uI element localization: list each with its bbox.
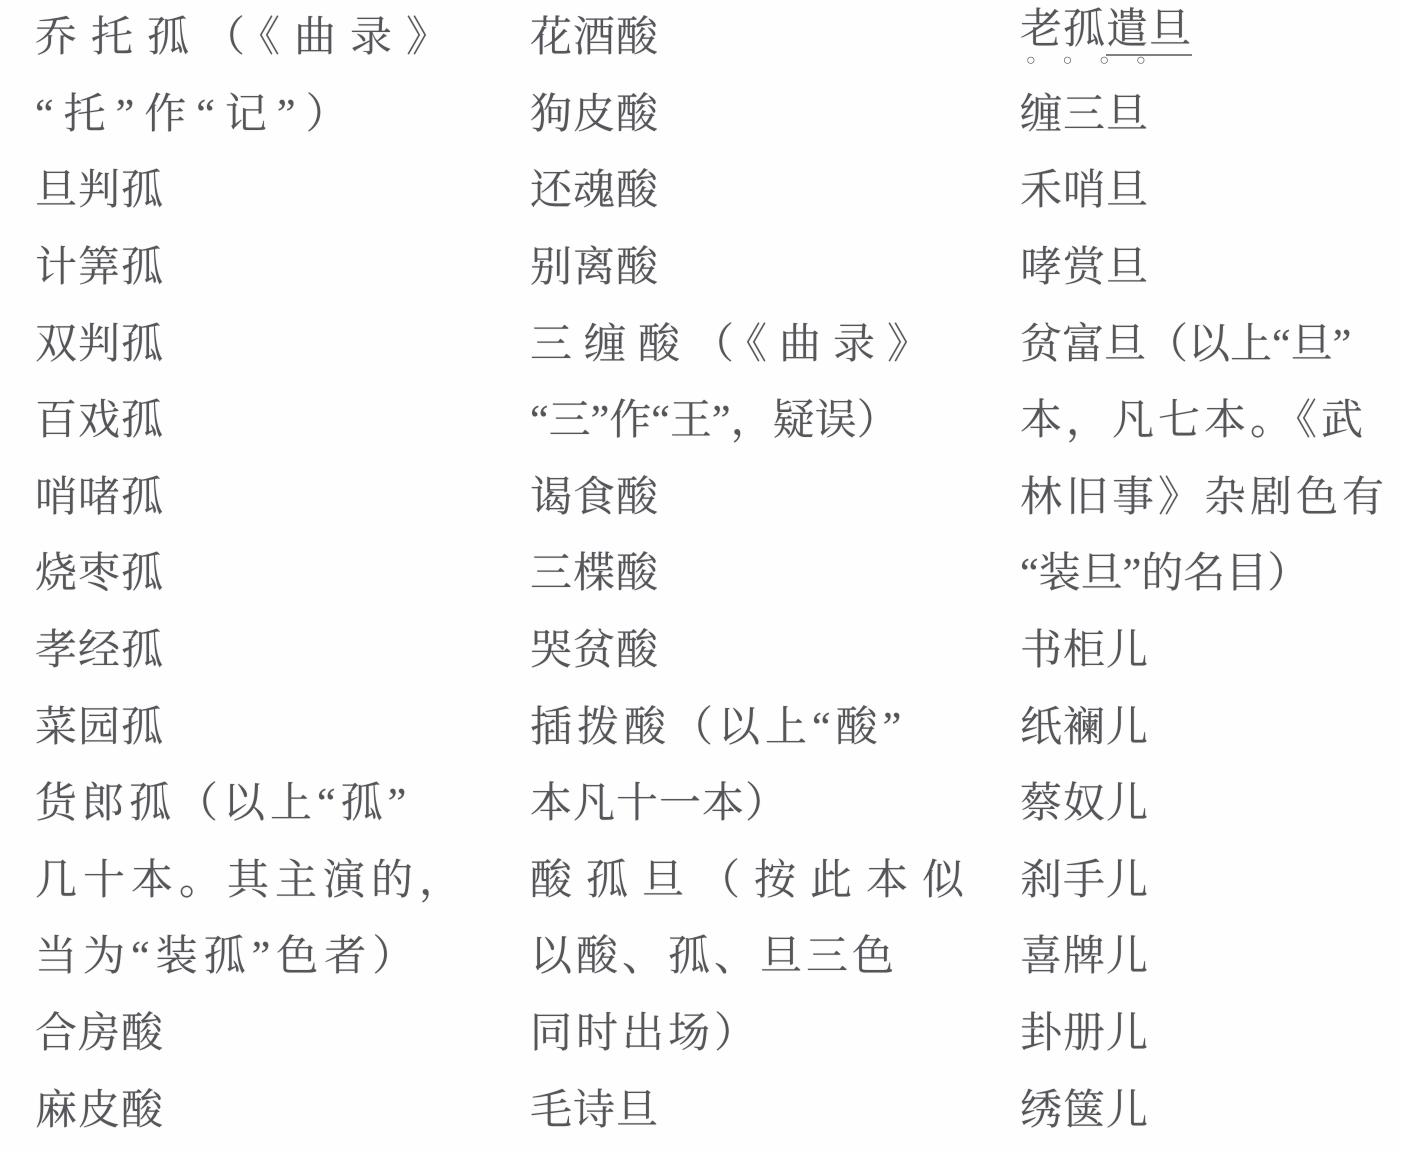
play-title-line: 三楪酸 — [530, 536, 1000, 613]
play-title-line: 纸襕儿 — [1020, 689, 1402, 766]
play-title-line: 合房酸 — [35, 996, 515, 1073]
play-title-line: 狗皮酸 — [530, 77, 1000, 154]
play-title-line: 卦册儿 — [1020, 996, 1402, 1073]
play-title-line: 喜牌儿 — [1020, 919, 1402, 996]
play-title-line: 哭贫酸 — [530, 613, 1000, 690]
play-title-line: 禾哨旦 — [1020, 153, 1402, 230]
play-title-text: 老孤遣旦 — [1020, 7, 1192, 53]
play-title-line: 三缠酸（《曲录》 — [530, 306, 1000, 383]
play-title-line: 别离酸 — [530, 230, 1000, 307]
annotation-line: 几十本。其主演的， — [35, 843, 515, 920]
play-title-line: 麻皮酸 — [35, 1072, 515, 1149]
play-title-line: 毛诗旦 — [530, 1072, 1000, 1149]
play-title-line: 哮赏旦 — [1020, 230, 1402, 307]
annotation-line: “装旦”的名目） — [1020, 536, 1402, 613]
play-title-line: 酸孤旦（按此本似 — [530, 843, 1000, 920]
play-title-line: 刹手儿 — [1020, 843, 1402, 920]
play-title-line: 还魂酸 — [530, 153, 1000, 230]
play-title-line: 绣箧儿 — [1020, 1072, 1402, 1149]
play-title-line: 缠三旦 — [1020, 77, 1402, 154]
play-title-line: 老孤遣旦 ○○○○ — [1020, 0, 1402, 77]
annotation-line: 当为“装孤”色者） — [35, 919, 515, 996]
play-title-line: 双判孤 — [35, 306, 515, 383]
annotation-line: 同时出场） — [530, 996, 1000, 1073]
play-title-line: 计筭孤 — [35, 230, 515, 307]
play-title-line: 哨啫孤 — [35, 460, 515, 537]
play-title-line: 菜园孤 — [35, 689, 515, 766]
annotation-line: 本，凡七本。《武 — [1020, 383, 1402, 460]
play-title-line: 烧枣孤 — [35, 536, 515, 613]
annotation-line: “三”作“王”，疑误） — [530, 383, 1000, 460]
column-dan-plays: 老孤遣旦 ○○○○ 缠三旦 禾哨旦 哮赏旦 贫富旦（以上“旦” 本，凡七本。《武… — [1020, 0, 1402, 1150]
play-title-line: 蔡奴儿 — [1020, 766, 1402, 843]
play-title-line: 谒食酸 — [530, 460, 1000, 537]
annotation-line: 本凡十一本） — [530, 766, 1000, 843]
play-title-line: 贫富旦（以上“旦” — [1020, 306, 1402, 383]
play-title-line: 孝经孤 — [35, 613, 515, 690]
annotation-line: 林旧事》杂剧色有 — [1020, 460, 1402, 537]
column-suan-plays: 花酒酸 狗皮酸 还魂酸 别离酸 三缠酸（《曲录》 “三”作“王”，疑误） 谒食酸… — [530, 0, 1000, 1150]
play-title-line: “托”作“记”） — [35, 77, 515, 154]
play-title-line: 旦判孤 — [35, 153, 515, 230]
annotation-line: 以酸、孤、旦三色 — [530, 919, 1000, 996]
column-gu-plays: 乔托孤（《曲录》 “托”作“记”） 旦判孤 计筭孤 双判孤 百戏孤 哨啫孤 烧枣… — [35, 0, 515, 1150]
emphasis-circle-marks: ○○○○ — [1026, 52, 1173, 70]
play-title-line: 插拨酸（以上“酸” — [530, 689, 1000, 766]
play-title-line: 货郎孤（以上“孤” — [35, 766, 515, 843]
play-title-line: 花酒酸 — [530, 0, 1000, 77]
play-title-line: 百戏孤 — [35, 383, 515, 460]
book-page: 乔托孤（《曲录》 “托”作“记”） 旦判孤 计筭孤 双判孤 百戏孤 哨啫孤 烧枣… — [0, 0, 1402, 1150]
play-title-line: 书柜儿 — [1020, 613, 1402, 690]
play-title-line: 乔托孤（《曲录》 — [35, 0, 515, 77]
